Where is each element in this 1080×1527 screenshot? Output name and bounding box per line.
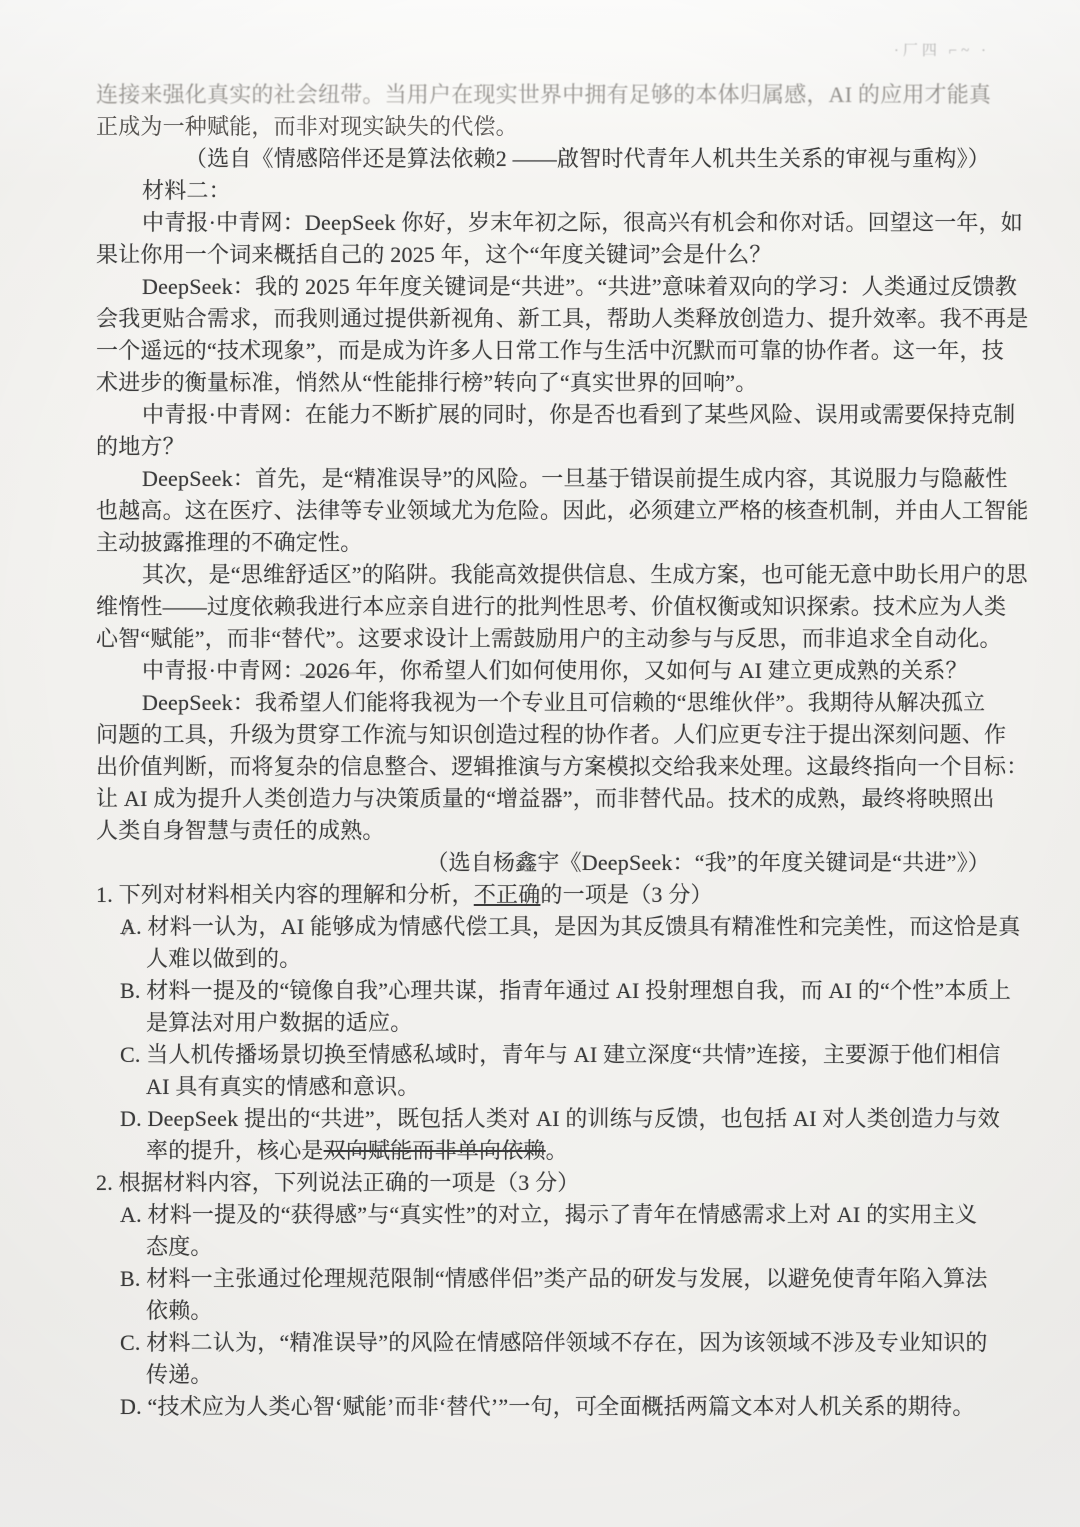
- body-line: 中青报·中青网：2026 年，你希望人们如何使用你，又如何与 AI 建立更成熟的…: [96, 655, 990, 687]
- question-2-stem: 2. 根据材料内容，下列说法正确的一项是（3 分）: [96, 1167, 990, 1199]
- text-segment: 传递。: [146, 1362, 213, 1387]
- text-segment: （选自《情感陪伴还是算法依赖2 ——啟智时代青年人机共生关系的审视与重构》）: [185, 146, 990, 171]
- emphasized-text: 双向赋能而非单向依赖: [324, 1138, 546, 1163]
- text-segment: 维惰性——过度依赖我进行本应亲自进行的批判性思考、价值权衡或知识探索。技术应为人…: [96, 594, 1006, 619]
- question-1-option-d: D. DeepSeek 提出的“共进”，既包括人类对 AI 的训练与反馈，也包括…: [96, 1103, 990, 1135]
- material-one-source: （选自《情感陪伴还是算法依赖2 ——啟智时代青年人机共生关系的审视与重构》）: [96, 143, 990, 175]
- text-segment: C. 当人机传播场景切换至情感私域时，青年与 AI 建立深度“共情”连接，主要源…: [120, 1042, 1000, 1067]
- text-segment: 连接来强化真实的社会纽带。当用户在现实世界中拥有足够的本体归属感，AI 的应用才…: [96, 82, 991, 107]
- body-line: 的地方？: [96, 431, 990, 463]
- text-segment: 让 AI 成为提升人类创造力与决策质量的“增益器”，而非替代品。技术的成熟，最终…: [96, 786, 995, 811]
- body-line: DeepSeek：我的 2025 年年度关键词是“共进”。“共进”意味着双向的学…: [96, 271, 990, 303]
- body-line: 维惰性——过度依赖我进行本应亲自进行的批判性思考、价值权衡或知识探索。技术应为人…: [96, 591, 990, 623]
- question-1-option-a: A. 材料一认为，AI 能够成为情感代偿工具，是因为其反馈具有精准性和完美性，而…: [96, 911, 990, 943]
- body-line: DeepSeek：我希望人们能将我视为一个专业且可信赖的“思维伙伴”。我期待从解…: [96, 687, 990, 719]
- text-segment: 2. 根据材料内容，下列说法正确的一项是（3 分）: [96, 1170, 580, 1195]
- text-segment: 是算法对用户数据的适应。: [146, 1010, 412, 1035]
- text-segment: 。: [546, 1138, 568, 1163]
- body-line: 也越高。这在医疗、法律等专业领域尤为危险。因此，必须建立严格的核查机制，并由人工…: [96, 495, 990, 527]
- cropped-header-fragment: ·厂四 ⌐~ ·: [894, 39, 990, 60]
- question-1-option-b: 是算法对用户数据的适应。: [96, 1007, 990, 1039]
- text-segment: 正成为一种赋能，而非对现实缺失的代偿。: [96, 114, 518, 139]
- text-segment: 依赖。: [146, 1298, 213, 1323]
- question-2-option-b: 依赖。: [96, 1295, 990, 1327]
- question-2-option-c: 传递。: [96, 1359, 990, 1391]
- text-segment: AI 具有真实的情感和意识。: [146, 1074, 420, 1099]
- text-segment: C. 材料二认为，“精准误导”的风险在情感陪伴领域不存在，因为该领域不涉及专业知…: [120, 1330, 988, 1355]
- text-segment: 心智“赋能”，而非“替代”。这要求设计上需鼓励用户的主动参与与反思，而非追求全自…: [96, 626, 1002, 651]
- question-2-option-a: 态度。: [96, 1231, 990, 1263]
- text-segment: A. 材料一认为，AI 能够成为情感代偿工具，是因为其反馈具有精准性和完美性，而…: [120, 914, 1020, 939]
- body-line: 连接来强化真实的社会纽带。当用户在现实世界中拥有足够的本体归属感，AI 的应用才…: [96, 79, 990, 111]
- text-segment: 问题的工具，升级为贯穿工作流与知识创造过程的协作者。人们应更专注于提出深刻问题、…: [96, 722, 1006, 747]
- text-segment: 1. 下列对材料相关内容的理解和分析，: [96, 882, 474, 907]
- body-line: 问题的工具，升级为贯穿工作流与知识创造过程的协作者。人们应更专注于提出深刻问题、…: [96, 719, 990, 751]
- text-segment: 人类自身智慧与责任的成熟。: [96, 818, 385, 843]
- body-line: 让 AI 成为提升人类创造力与决策质量的“增益器”，而非替代品。技术的成熟，最终…: [96, 783, 990, 815]
- text-segment: （选自杨鑫宇《DeepSeek：“我”的年度关键词是“共进”》）: [426, 850, 990, 875]
- material-two-heading: 材料二：: [96, 175, 990, 207]
- question-1-option-c: C. 当人机传播场景切换至情感私域时，青年与 AI 建立深度“共情”连接，主要源…: [96, 1039, 990, 1071]
- text-segment: B. 材料一主张通过伦理规范限制“情感伴侣”类产品的研发与发展，以避免使青年陷入…: [120, 1266, 988, 1291]
- text-segment: 的地方？: [96, 434, 185, 459]
- body-line: 正成为一种赋能，而非对现实缺失的代偿。: [96, 111, 990, 143]
- text-segment: 主动披露推理的不确定性。: [96, 530, 362, 555]
- text-segment: D. “技术应为人类心智‘赋能’而非‘替代’”一句，可全面概括两篇文本对人机关系…: [120, 1394, 975, 1419]
- body-line: 中青报·中青网：在能力不断扩展的同时，你是否也看到了某些风险、误用或需要保持克制: [96, 399, 990, 431]
- material-two-source: （选自杨鑫宇《DeepSeek：“我”的年度关键词是“共进”》）: [96, 847, 990, 879]
- emphasized-text: 不正确: [474, 882, 541, 907]
- text-segment: 人难以做到的。: [146, 946, 301, 971]
- text-segment: 中青报·中青网：在能力不断扩展的同时，你是否也看到了某些风险、误用或需要保持克制: [142, 402, 1015, 427]
- text-segment: 中青报·中青网：2026 年，你希望人们如何使用你，又如何与 AI 建立更成熟的…: [142, 658, 968, 683]
- text-segment: B. 材料一提及的“镜像自我”心理共谋，指青年通过 AI 投射理想自我，而 AI…: [120, 978, 1011, 1003]
- text-segment: 中青报·中青网：DeepSeek 你好，岁末年初之际，很高兴有机会和你对话。回望…: [142, 210, 1023, 235]
- body-line: 人类自身智慧与责任的成熟。: [96, 815, 990, 847]
- text-segment: 出价值判断，而将复杂的信息整合、逻辑推演与方案模拟交给我来处理。这最终指向一个目…: [96, 754, 1028, 779]
- text-segment: 其次，是“思维舒适区”的陷阱。我能高效提供信息、生成方案，也可能无意中助长用户的…: [142, 562, 1028, 587]
- document-lines: 连接来强化真实的社会纽带。当用户在现实世界中拥有足够的本体归属感，AI 的应用才…: [96, 79, 990, 1423]
- question-2-option-b: B. 材料一主张通过伦理规范限制“情感伴侣”类产品的研发与发展，以避免使青年陷入…: [96, 1263, 990, 1295]
- text-segment: 术进步的衡量标准，悄然从“性能排行榜”转向了“真实世界的回响”。: [96, 370, 757, 395]
- body-line: 一个遥远的“技术现象”，而是成为许多人日常工作与生活中沉默而可靠的协作者。这一年…: [96, 335, 990, 367]
- body-line: DeepSeek：首先，是“精准误导”的风险。一旦基于错误前提生成内容，其说服力…: [96, 463, 990, 495]
- text-segment: 材料二：: [142, 178, 231, 203]
- body-line: 主动披露推理的不确定性。: [96, 527, 990, 559]
- question-2-option-d: D. “技术应为人类心智‘赋能’而非‘替代’”一句，可全面概括两篇文本对人机关系…: [96, 1391, 990, 1423]
- body-line: 其次，是“思维舒适区”的陷阱。我能高效提供信息、生成方案，也可能无意中助长用户的…: [96, 559, 990, 591]
- body-line: 果让你用一个词来概括自己的 2025 年，这个“年度关键词”会是什么？: [96, 239, 990, 271]
- text-segment: D. DeepSeek 提出的“共进”，既包括人类对 AI 的训练与反馈，也包括…: [120, 1106, 1000, 1131]
- text-segment: A. 材料一提及的“获得感”与“真实性”的对立，揭示了青年在情感需求上对 AI …: [120, 1202, 977, 1227]
- question-1-option-d: 率的提升，核心是双向赋能而非单向依赖。: [96, 1135, 990, 1167]
- text-segment: 果让你用一个词来概括自己的 2025 年，这个“年度关键词”会是什么？: [96, 242, 772, 267]
- question-2-option-c: C. 材料二认为，“精准误导”的风险在情感陪伴领域不存在，因为该领域不涉及专业知…: [96, 1327, 990, 1359]
- body-line: 心智“赋能”，而非“替代”。这要求设计上需鼓励用户的主动参与与反思，而非追求全自…: [96, 623, 990, 655]
- text-segment: 也越高。这在医疗、法律等专业领域尤为危险。因此，必须建立严格的核查机制，并由人工…: [96, 498, 1028, 523]
- body-line: 中青报·中青网：DeepSeek 你好，岁末年初之际，很高兴有机会和你对话。回望…: [96, 207, 990, 239]
- text-segment: 的一项是（3 分）: [540, 882, 712, 907]
- question-1-option-c: AI 具有真实的情感和意识。: [96, 1071, 990, 1103]
- text-segment: 会我更贴合需求，而我则通过提供新视角、新工具，帮助人类释放创造力、提升效率。我不…: [96, 306, 1028, 331]
- body-line: 会我更贴合需求，而我则通过提供新视角、新工具，帮助人类释放创造力、提升效率。我不…: [96, 303, 990, 335]
- question-1-stem: 1. 下列对材料相关内容的理解和分析，不正确的一项是（3 分）: [96, 879, 990, 911]
- question-1-option-a: 人难以做到的。: [96, 943, 990, 975]
- scanned-exam-page: ·厂四 ⌐~ · 连接来强化真实的社会纽带。当用户在现实世界中拥有足够的本体归属…: [0, 0, 1080, 1527]
- body-line: 出价值判断，而将复杂的信息整合、逻辑推演与方案模拟交给我来处理。这最终指向一个目…: [96, 751, 990, 783]
- question-1-option-b: B. 材料一提及的“镜像自我”心理共谋，指青年通过 AI 投射理想自我，而 AI…: [96, 975, 990, 1007]
- body-line: 术进步的衡量标准，悄然从“性能排行榜”转向了“真实世界的回响”。: [96, 367, 990, 399]
- text-segment: 率的提升，核心是: [146, 1138, 324, 1163]
- text-segment: DeepSeek：首先，是“精准误导”的风险。一旦基于错误前提生成内容，其说服力…: [142, 466, 1008, 491]
- text-segment: 一个遥远的“技术现象”，而是成为许多人日常工作与生活中沉默而可靠的协作者。这一年…: [96, 338, 1004, 363]
- text-segment: DeepSeek：我希望人们能将我视为一个专业且可信赖的“思维伙伴”。我期待从解…: [142, 690, 985, 715]
- text-segment: 态度。: [146, 1234, 213, 1259]
- text-segment: DeepSeek：我的 2025 年年度关键词是“共进”。“共进”意味着双向的学…: [142, 274, 1017, 299]
- question-2-option-a: A. 材料一提及的“获得感”与“真实性”的对立，揭示了青年在情感需求上对 AI …: [96, 1199, 990, 1231]
